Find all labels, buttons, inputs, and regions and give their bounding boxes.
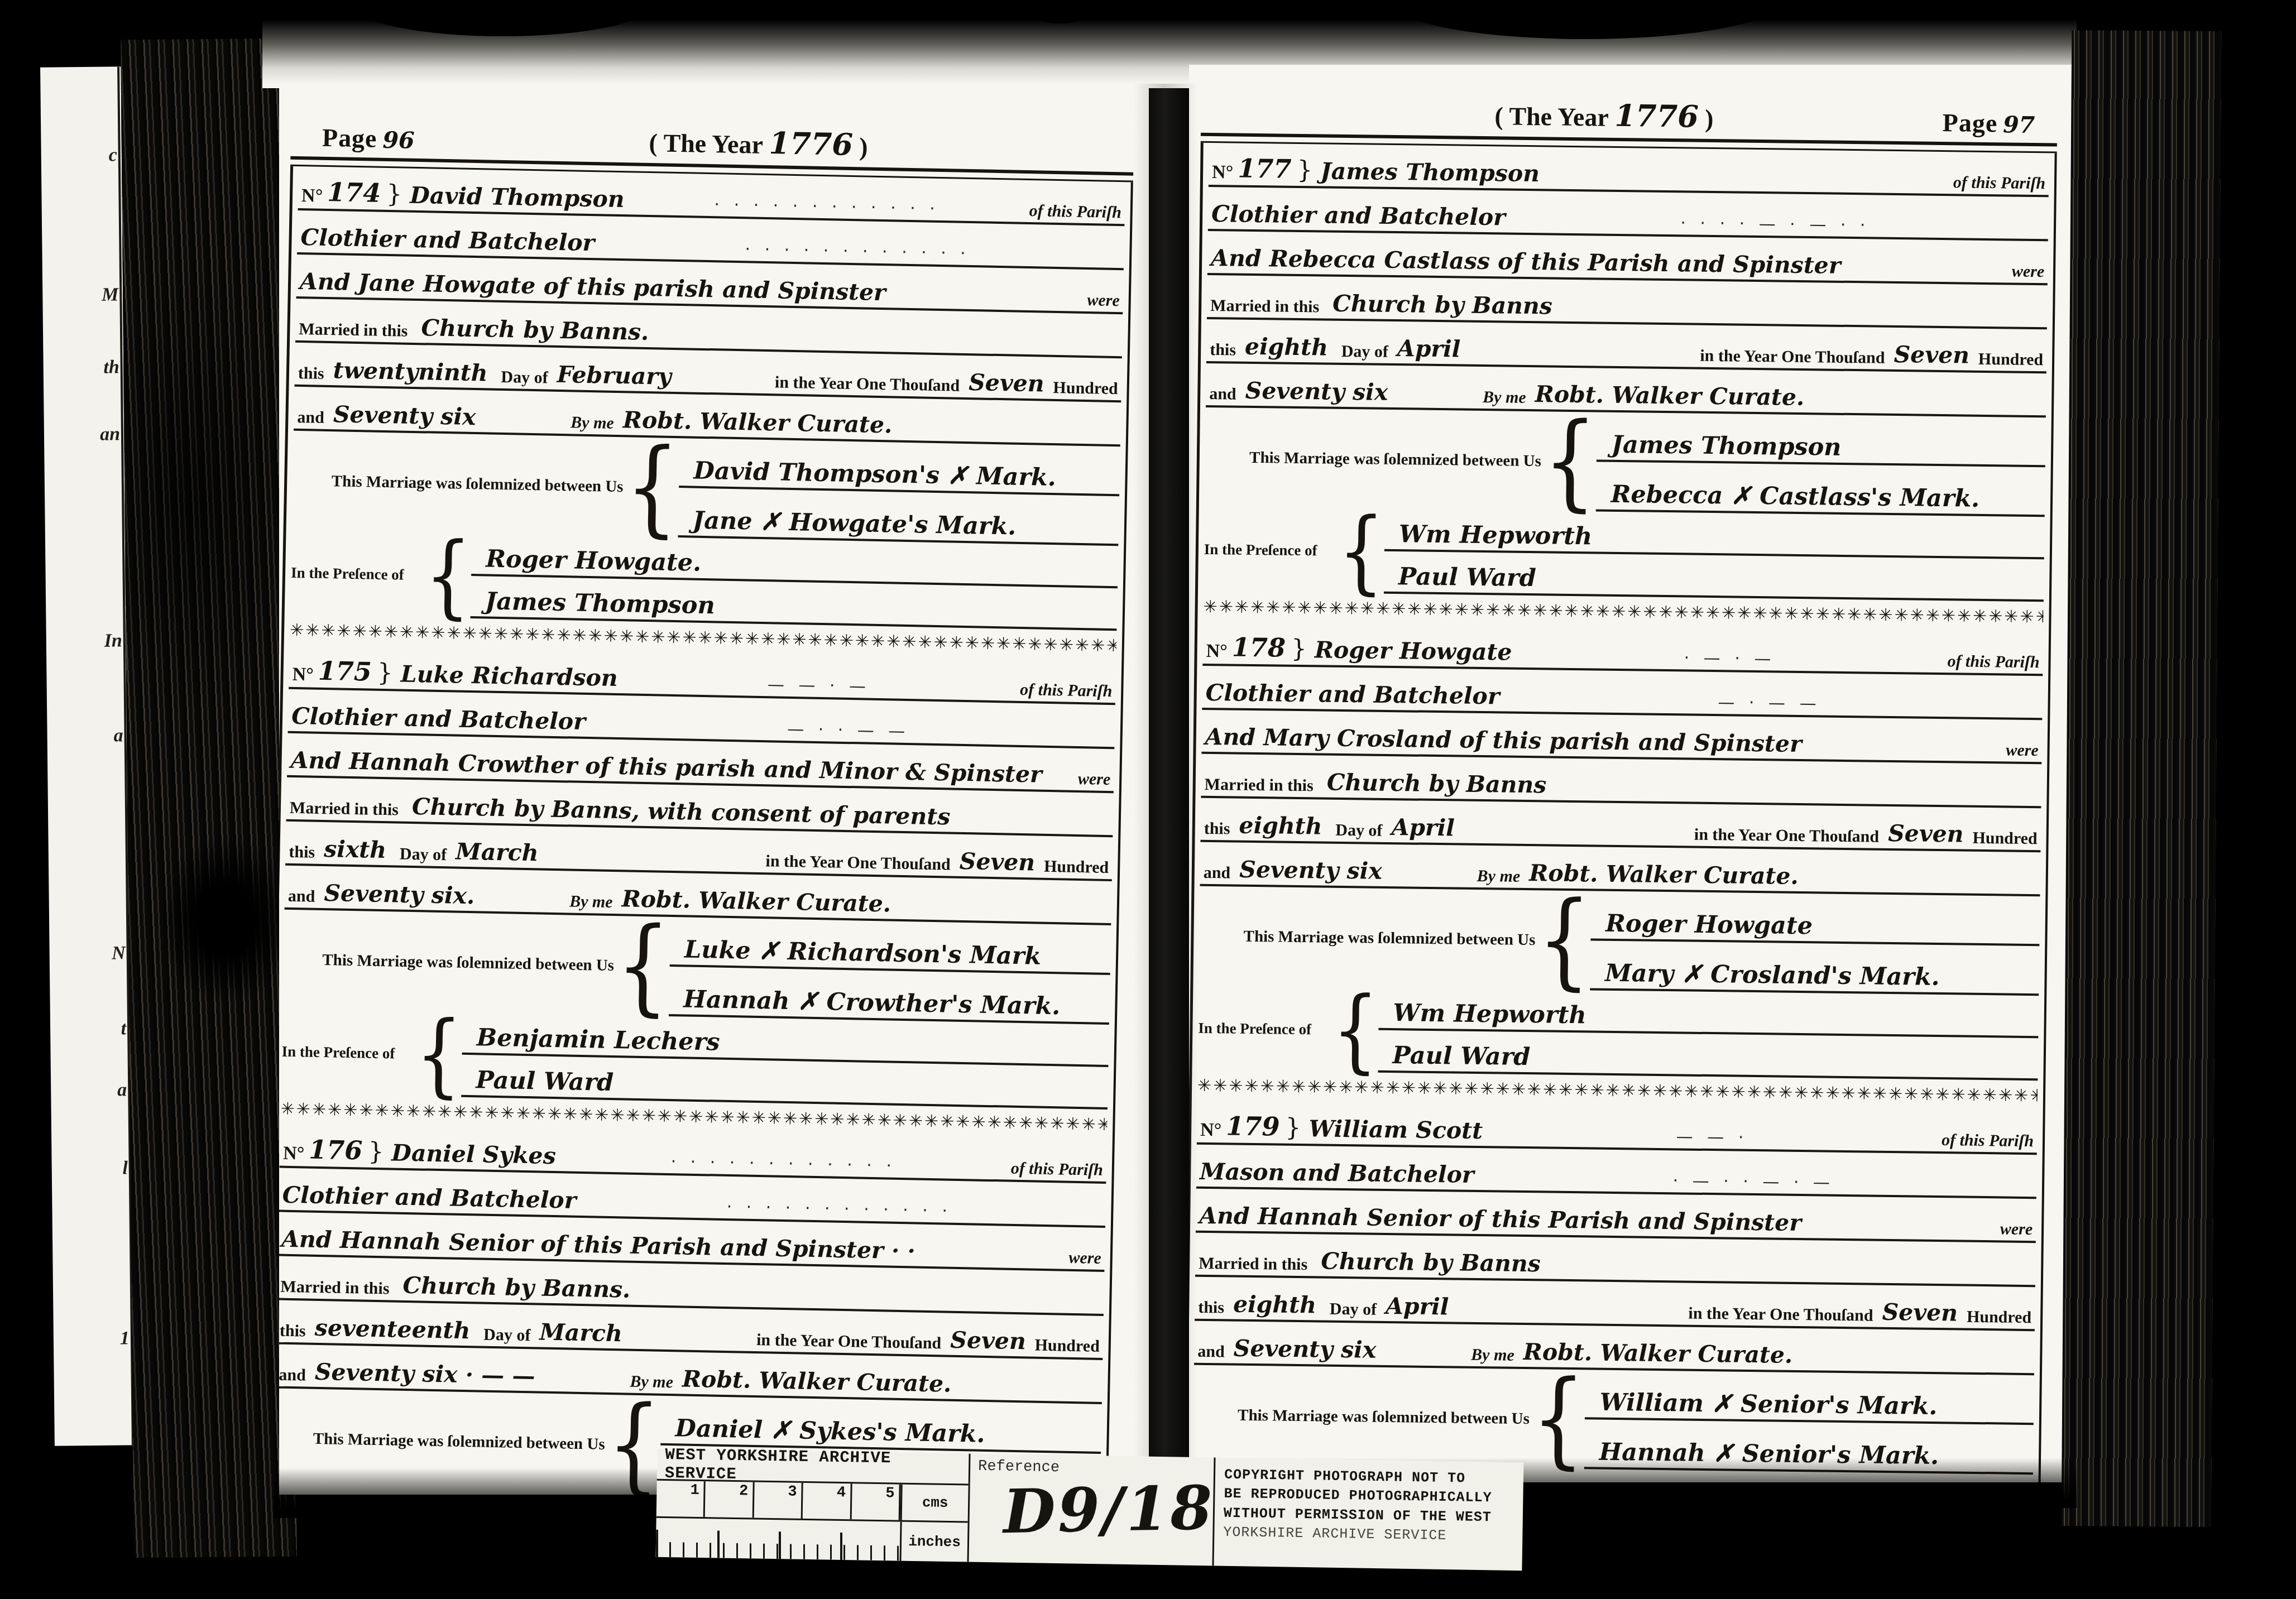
day-of-label: Day of [1335,821,1383,841]
bride-line: And Mary Crosland of this parish and Spi… [1205,723,1801,757]
record-number-label: N° [283,1143,305,1165]
solemnized-label: This Marriage was ſolemnized between Us [1193,1405,1532,1428]
in-the-year-label: in the Year One Thouſand [1688,1304,1873,1326]
marriage-entry-177: N°177}James Thompsonof this PariſhClothi… [1204,143,2049,602]
groom-signature: Luke ✗ Richardson's Mark [670,917,1111,975]
in-the-year-label: in the Year One Thouſand [756,1331,942,1353]
cm-tick: 5 [851,1483,900,1520]
by-me-label: By me [1483,388,1526,407]
entry-bracket: } [1297,156,1313,184]
marriage-month: March [539,1319,622,1347]
marriage-entry-176: N°176}Daniel Sykes· · · · · · · · · · · … [279,1124,1107,1495]
and-label: and [297,408,324,428]
witness-2: Paul Ward [1378,1030,2038,1081]
ruler-section: WEST YORKSHIRE ARCHIVE SERVICE 12345 cms… [656,1449,971,1562]
year-hundreds: Seven [959,848,1035,876]
marriage-month: April [1386,1293,1449,1320]
groom-name: Luke Richardson [400,661,618,692]
witness-stack: Roger Howgate.James Thompson [470,534,1118,631]
were-label: were [2012,262,2045,282]
page-text-fragment: c [108,145,117,166]
groom-name: William Scott [1308,1115,1483,1144]
page-text-fragment: N [112,943,126,964]
officiant-signature: Robt. Walker Curate. [682,1366,952,1398]
curly-brace-icon: { [1537,893,1591,988]
of-this-parish-label: of this Pariſh [1020,680,1113,701]
in-the-year-label: in the Year One Thouſand [765,852,951,874]
inch-unit-label: inches [900,1522,968,1562]
signature-stack: Roger HowgateMary ✗ Crosland's Mark. [1590,891,2040,996]
right-page: ( The Year 1776 ) Page 97 N°177}James Th… [1189,65,2072,1482]
day-of-label: Day of [1330,1300,1377,1319]
year-tail: Seventy six [1233,1335,1376,1363]
and-label: and [288,887,315,906]
page-text-fragment: t [121,1018,126,1039]
year-close: ) [859,132,868,161]
married-in-this-label: Married in this [1199,1254,1307,1274]
witness-stack: Wm HepworthPaul Ward [1378,988,2039,1081]
groom-name: David Thompson [410,182,625,213]
register-photograph: cMthanInaNtal1 Page 96 ( The Year 1776 )… [0,0,2296,1599]
record-number: 179 [1226,1111,1280,1141]
curly-brace-icon: { [1531,1372,1585,1467]
year-hundreds: Seven [1894,341,1969,369]
entry-row-witnesses: In the Preſence of{Benjamin LechersPaul … [281,1009,1109,1110]
were-label: were [2000,1219,2033,1239]
marriage-day: eighth [1239,812,1322,840]
curly-brace-icon: { [625,440,680,535]
filler-dashes: — — · [1490,1125,1934,1150]
page-text-fragment: In [104,630,123,651]
page-text-fragment: an [100,424,120,445]
solemnized-label: This Marriage was ſolemnized between Us [279,1429,607,1453]
year-open: ( The Year [1494,102,1608,131]
cm-tick-cells: 12345 [656,1481,901,1520]
year-tail: Seventy six [1245,377,1388,406]
this-label: this [280,1322,306,1341]
right-page-header: ( The Year 1776 ) Page 97 [1201,68,2058,142]
record-number: 174 [327,177,381,208]
page-number: 96 [382,127,415,154]
and-label: and [279,1366,306,1385]
curly-brace-icon: { [1543,414,1597,509]
of-this-parish-label: of this Pariſh [1029,201,1121,222]
by-me-label: By me [1471,1346,1514,1365]
record-number-label: N° [301,185,323,207]
curly-brace-icon: { [415,1013,463,1096]
record-number-label: N° [1206,641,1228,662]
cm-tick: 2 [705,1481,754,1518]
of-this-parish-label: of this Pariſh [1942,1131,2034,1151]
this-label: this [289,843,315,862]
year-close: ) [1705,104,1714,133]
were-label: were [1068,1249,1101,1268]
marriage-month: March [456,838,539,867]
entry-row-solemnized: This Marriage was ſolemnized between Us{… [282,910,1111,1025]
bride-signature: Mary ✗ Crosland's Mark. [1590,940,2040,996]
entry-bracket: } [1285,1113,1301,1142]
hundred-label: Hundred [1044,857,1109,877]
page-text-fragment: 1 [120,1328,130,1349]
left-page: Page 96 ( The Year 1776 ) N°174}David Th… [279,88,1149,1495]
groom-occupation: Clothier and Batchelor [282,1182,577,1214]
curly-brace-icon: { [615,919,670,1014]
entry-row-solemnized: This Marriage was ſolemnized between Us{… [1199,886,2040,996]
witness-1: Wm Hepworth [1378,988,2039,1038]
day-of-label: Day of [1341,342,1389,362]
bride-signature: Rebecca ✗ Castlass's Mark. [1596,462,2045,517]
hundred-label: Hundred [1053,378,1118,398]
filler-dashes: · — · · — · — [1482,1169,2025,1195]
witness-stack: Benjamin LechersPaul Ward [461,1012,1109,1110]
by-me-label: By me [569,892,613,911]
year-tail: Seventy six [1239,856,1382,885]
married-in-this-label: Married in this [1210,296,1319,316]
inch-ticks [656,1518,900,1561]
of-this-parish-label: of this Pariſh [1010,1159,1103,1180]
year-header: ( The Year 1776 ) [649,123,868,163]
presence-label: In the Preſence of [1204,540,1338,559]
hundred-label: Hundred [1972,829,2038,848]
reference-section: Reference D9/18 [969,1454,1216,1566]
and-label: and [1197,1342,1225,1362]
in-the-year-label: in the Year One Thouſand [1694,825,1880,847]
of-this-parish-label: of this Pariſh [1953,173,2045,193]
year-open: ( The Year [649,128,763,159]
year-hundreds: Seven [969,369,1044,397]
bride-line: And Hannah Senior of this Parish and Spi… [1199,1202,1801,1236]
presence-label: In the Preſence of [281,1043,416,1063]
record-number: 176 [309,1135,363,1166]
marriage-entry-174: N°174}David Thompson· · · · · · · · · · … [290,166,1125,631]
and-label: and [1204,863,1231,883]
groom-signature: Roger Howgate [1591,891,2040,946]
presence-label: In the Preſence of [1198,1019,1332,1038]
groom-occupation: Mason and Batchelor [1200,1158,1474,1188]
year-value: 1776 [1614,98,1699,135]
year-hundreds: Seven [950,1327,1026,1355]
record-number-label: N° [292,664,314,686]
groom-occupation: Clothier and Batchelor [291,703,586,735]
curly-brace-icon: { [424,534,472,617]
signature-stack: David Thompson's ✗ Mark.Jane ✗ Howgate's… [678,438,1120,546]
marriage-day: sixth [324,835,387,863]
by-me-label: By me [571,413,614,433]
entry-row-solemnized: This Marriage was ſolemnized between Us{… [1205,407,2046,517]
married-in-this-label: Married in this [1205,775,1314,795]
book-binding [121,39,297,1558]
archive-card: WEST YORKSHIRE ARCHIVE SERVICE 12345 cms… [656,1449,1524,1571]
groom-signature: Daniel ✗ Sykes's Mark. [660,1396,1102,1454]
bride-signature: Hannah ✗ Crowther's Mark. [669,967,1110,1025]
record-number-label: N° [1200,1120,1222,1141]
married-method: Church by Banns [1327,769,1547,799]
archive-service-title: WEST YORKSHIRE ARCHIVE SERVICE [657,1449,969,1486]
year-hundreds: Seven [1888,820,1964,848]
married-method: Church by Banns. [421,314,649,345]
cm-tick: 4 [803,1483,852,1519]
were-label: were [1078,770,1111,789]
marriage-entry-178: N°178}Roger Howgate· — · —of this Pariſh… [1197,622,2043,1081]
page-text-fragment: M [102,284,119,305]
groom-occupation: Clothier and Batchelor [300,224,595,256]
marriage-entry-175: N°175}Luke Richardson— — · —of this Pari… [281,645,1116,1110]
in-the-year-label: in the Year One Thouſand [1700,347,1885,368]
bride-signature: Jane ✗ Howgate's Mark. [678,488,1119,546]
year-tail: Seventy six. [324,880,475,909]
page-number: 97 [2003,111,2035,138]
filler-dashes: — — · — [625,672,1012,699]
cm-unit-label: cms [900,1485,969,1521]
this-label: this [298,364,324,383]
groom-name: James Thompson [1320,157,1540,187]
previous-page-text-fragments: cMthanInaNtal1 [40,66,124,68]
witness-2: Paul Ward [1384,551,2044,602]
filler-dashes: · · · · · · · · · · · · [632,193,1022,220]
married-method: Church by Banns [1332,290,1552,320]
were-label: were [1087,291,1120,310]
solemnized-label: This Marriage was ſolemnized between Us [283,950,616,974]
bride-line: And Rebecca Castlass of this Parish and … [1211,244,1841,279]
groom-signature: David Thompson's ✗ Mark. [679,438,1120,496]
entry-row-witnesses: In the Preſence of{Wm HepworthPaul Ward [1197,986,2039,1081]
married-method: Church by Banns. [402,1272,631,1303]
married-method: Church by Banns [1321,1248,1541,1278]
year-value: 1776 [769,125,853,162]
this-label: this [1198,1298,1224,1318]
signature-stack: Luke ✗ Richardson's MarkHannah ✗ Crowthe… [669,917,1111,1025]
of-this-parish-label: of this Pariſh [1947,652,2039,672]
page-label: Page [322,123,378,153]
marriage-day: seventeenth [314,1314,470,1344]
and-label: and [1209,385,1236,404]
married-in-this-label: Married in this [290,799,399,820]
page-text-fragment: a [113,725,123,746]
cm-ruler: 12345 cms [656,1481,969,1523]
by-me-label: By me [1477,867,1520,886]
married-in-this-label: Married in this [299,320,408,341]
entry-bracket: } [368,1137,384,1166]
witness-stack: Wm HepworthPaul Ward [1384,509,2045,602]
record-number: 178 [1232,632,1286,663]
groom-signature: William ✗ Senior's Mark. [1585,1370,2034,1425]
filler-dashes: · — · — [1520,646,1939,671]
record-number: 177 [1238,153,1292,184]
page-text-fragment: l [122,1158,128,1179]
day-of-label: Day of [400,845,447,865]
inch-ruler: inches [656,1518,968,1562]
groom-name: Roger Howgate [1315,636,1512,665]
groom-signature: James Thompson [1597,412,2046,467]
marriage-entry-179: N°179}William Scott— — ·of this PariſhMa… [1192,1101,2038,1482]
curly-brace-icon: { [1338,510,1384,592]
hundred-label: Hundred [1978,350,2044,369]
reference-value: D9/18 [1003,1473,1215,1547]
filler-dashes: — · — — [1507,690,2031,716]
page-gutter [1133,84,1198,1468]
page-text-fragment: th [103,357,119,378]
signature-stack: James ThompsonRebecca ✗ Castlass's Mark. [1596,412,2046,517]
record-number: 175 [318,656,372,687]
year-tail: Seventy six [333,401,476,430]
presence-label: In the Preſence of [291,564,425,584]
in-the-year-label: in the Year One Thouſand [775,373,960,395]
this-label: this [1204,819,1230,839]
page-edges-right [2062,30,2222,1527]
filler-dashes: · · · · · · · · · · · · [563,1150,1003,1178]
marriage-day: eighth [1245,333,1328,361]
year-header: ( The Year 1776 ) [1494,96,1714,135]
hundred-label: Hundred [1034,1336,1100,1356]
groom-occupation: Clothier and Batchelor [1205,679,1499,709]
year-hundreds: Seven [1882,1299,1958,1327]
day-of-label: Day of [483,1326,531,1346]
curly-brace-icon: { [1331,989,1378,1071]
entry-row-solemnized: This Marriage was ſolemnized between Us{… [292,431,1120,546]
entry-row-witnesses: In the Preſence of{Wm HepworthPaul Ward [1204,507,2045,602]
left-page-entries: N°174}David Thompson· · · · · · · · · · … [279,166,1133,1495]
married-in-this-label: Married in this [280,1278,390,1299]
right-page-entries: N°177}James Thompsonof this PariſhClothi… [1189,143,2057,1482]
witness-1: Wm Hepworth [1384,509,2045,559]
filler-dashes: · · · · — · — · · [1513,212,2038,237]
marriage-month: February [557,361,672,390]
record-number-label: N° [1212,162,1234,183]
groom-occupation: Clothier and Batchelor [1211,200,1506,231]
page-label: Page [1942,108,1997,138]
solemnized-label: This Marriage was ſolemnized between Us [1205,448,1544,470]
page-text-fragment: a [117,1079,127,1101]
married-method: Church by Banns, with consent of parents [412,793,951,830]
groom-name: Daniel Sykes [391,1139,556,1169]
day-of-label: Day of [501,368,548,388]
marriage-day: twentyninth [333,357,488,386]
cm-tick: 3 [754,1482,803,1519]
year-tail: Seventy six · — — [315,1358,536,1390]
were-label: were [2006,741,2039,760]
solemnized-label: This Marriage was ſolemnized between Us [1199,926,1537,949]
copyright-section: COPYRIGHT PHOTOGRAPH NOT TOBE REPRODUCED… [1214,1458,1523,1571]
solemnized-label: This Marriage was ſolemnized between Us [293,471,626,496]
marriage-month: April [1397,335,1461,362]
entry-bracket: } [386,180,402,209]
this-label: this [1210,340,1236,360]
marriage-month: April [1391,814,1455,841]
entry-bracket: } [377,659,393,688]
page-label-group: Page 97 [1942,108,2035,138]
cm-tick: 1 [656,1481,706,1517]
entry-bracket: } [1291,635,1307,663]
entry-row-witnesses: In the Preſence of{Roger Howgate.James T… [290,530,1119,631]
hundred-label: Hundred [1967,1308,2032,1327]
marriage-day: eighth [1233,1291,1316,1319]
